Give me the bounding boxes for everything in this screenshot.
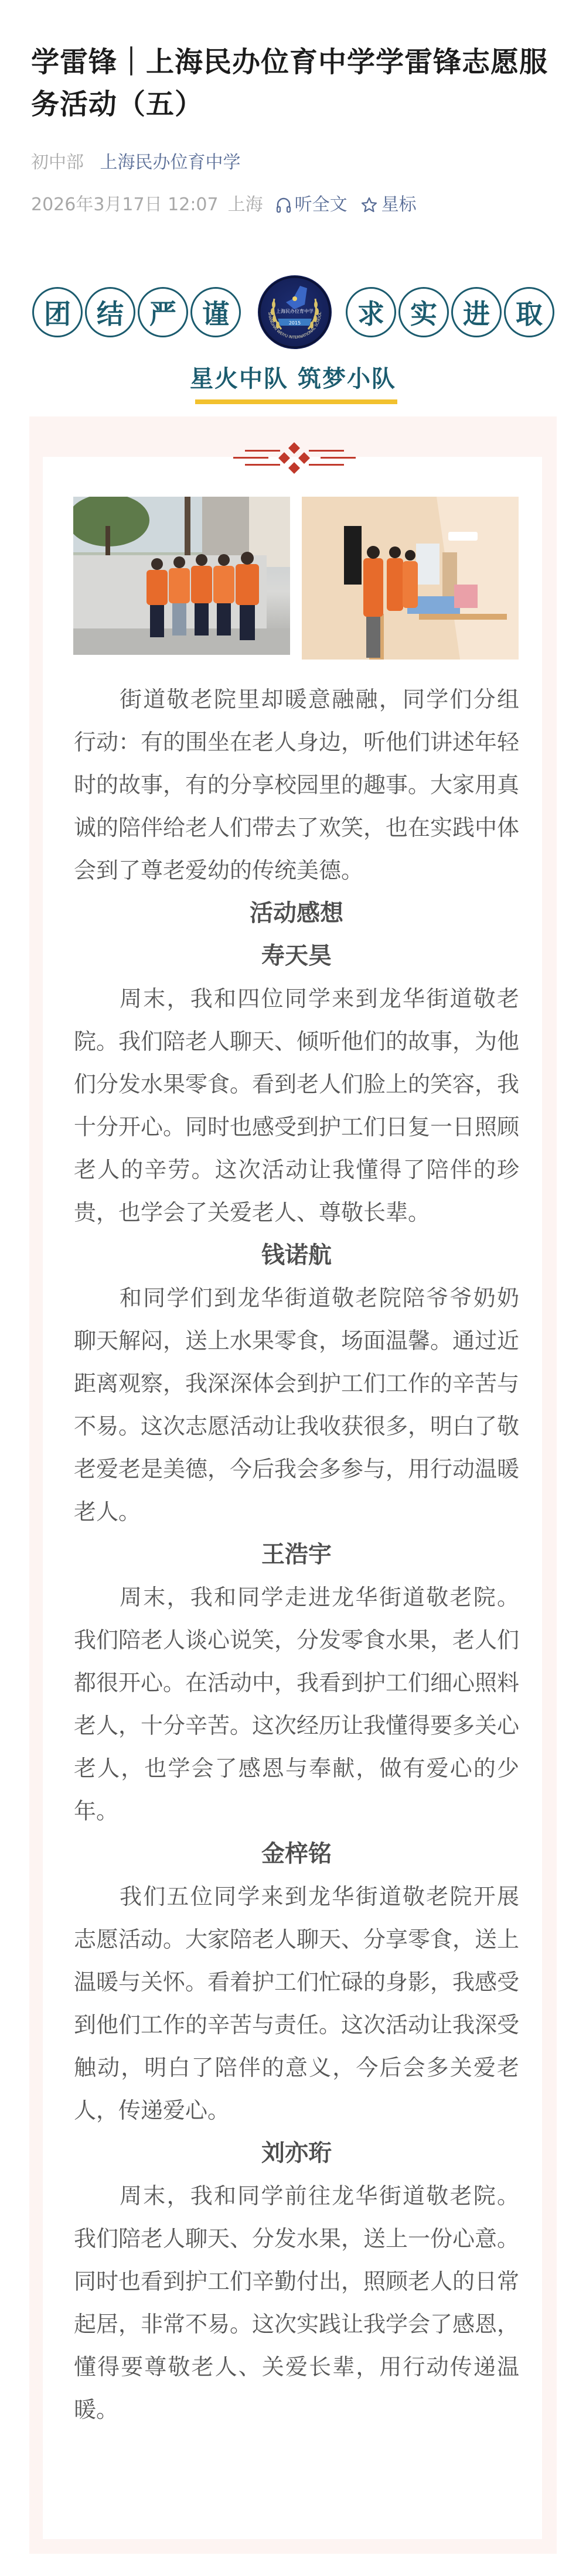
photo-nursing-room-illustration [302,497,519,660]
reflection-author: 王浩宇 [74,1533,519,1576]
motto-char: 求 [346,287,396,337]
reflection-text: 周末，我和同学前往龙华街道敬老院。我们陪老人聊天、分发水果，送上一份心意。同时也… [74,2175,519,2431]
svg-text:2015: 2015 [289,320,301,326]
reflection-author: 寿天昊 [74,935,519,978]
reflection-text: 和同学们到龙华街道敬老院陪爷爷奶奶聊天解闷，送上水果零食，场面温馨。通过近距离观… [74,1277,519,1533]
reflection-text: 周末，我和同学走进龙华街道敬老院。我们陪老人谈心说笑，分发零食水果，老人们都很开… [74,1576,519,1833]
listen-label: 听全文 [295,193,347,217]
author-dept: 初中部 [31,152,84,173]
photo-group-outside [73,497,290,655]
article-body: 街道敬老院里却暖意融融，同学们分组行动：有的围坐在老人身边，听他们讲述年轻时的故… [74,678,519,2431]
motto-char: 结 [85,287,135,337]
account-name-link[interactable]: 上海民办位育中学 [100,152,241,173]
motto-char: 严 [138,287,188,337]
reflection-author: 刘亦珩 [74,2132,519,2175]
headphones-icon [276,196,291,214]
school-emblem-icon: 上海民办位育中学 2015 SHANGHAI WEIYU INTERNATION… [258,275,332,349]
reflection-author: 金梓铭 [74,1833,519,1875]
intro-paragraph: 街道敬老院里却暖意融融，同学们分组行动：有的围坐在老人身边，听他们讲述年轻时的故… [74,678,519,892]
squad-title: 星火中队 筑梦小队 [0,363,586,395]
motto-char: 谨 [190,287,241,337]
reflection-text: 我们五位同学来到龙华街道敬老院开展志愿活动。大家陪老人聊天、分享零食，送上温暖与… [74,1875,519,2132]
squad-banner: 星火中队 筑梦小队 [0,363,586,395]
squad-underline [195,399,397,404]
article-title: 学雷锋｜上海民办位育中学学雷锋志愿服务活动（五） [31,41,558,125]
motto-char: 进 [451,287,502,337]
publish-location: 上海 [228,193,263,217]
photo-group-outside-illustration [73,497,290,655]
ornament-divider-icon [226,440,363,476]
svg-text:SHANGHAI WEIYU INTERNATIONAL S: SHANGHAI WEIYU INTERNATIONAL SCHOOL [267,312,322,340]
svg-text:上海民办位育中学: 上海民办位育中学 [276,308,314,314]
photo-nursing-room [302,497,519,660]
author-row: 初中部 上海民办位育中学 [31,151,241,175]
motto-char: 实 [398,287,449,337]
star-icon [360,196,378,214]
school-badge: 上海民办位育中学 2015 SHANGHAI WEIYU INTERNATION… [258,275,332,349]
listen-button[interactable]: 听全文 [276,193,347,217]
publish-date: 2026年3月17日 12:07 [31,193,219,217]
star-label: 星标 [381,193,417,217]
motto-char: 取 [504,287,554,337]
reflection-author: 钱诺航 [74,1234,519,1277]
motto-banner: 团 结 严 谨 上海民办位育中学 2015 SHANGHAI WEIYU INT… [0,281,586,351]
reflection-text: 周末，我和四位同学来到龙华街道敬老院。我们陪老人聊天、倾听他们的故事，为他们分发… [74,978,519,1234]
meta-row: 2026年3月17日 12:07 上海 听全文 星标 [31,193,417,217]
section-heading: 活动感想 [74,892,519,935]
motto-char: 团 [32,287,83,337]
star-button[interactable]: 星标 [360,193,417,217]
